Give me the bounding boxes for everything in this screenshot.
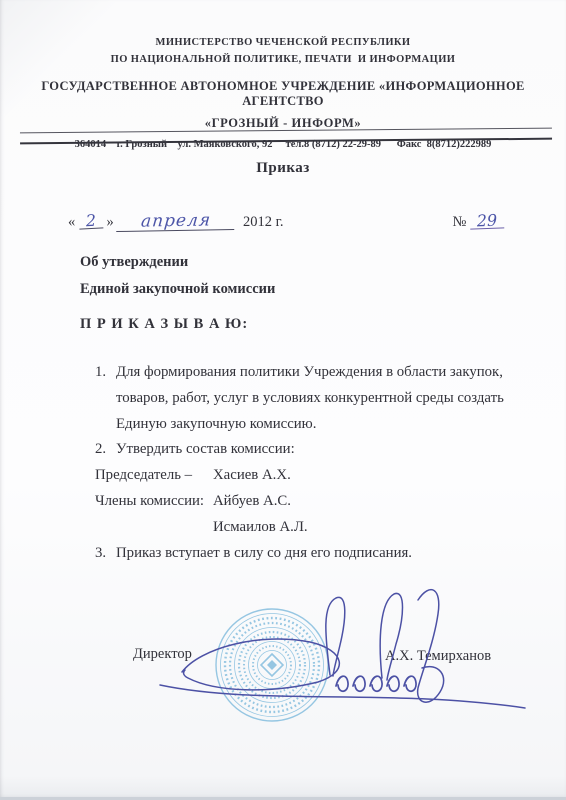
handwritten-day: 2 xyxy=(78,212,103,229)
item-number: 1. xyxy=(95,360,116,437)
organization-name-line-1: ГОСУДАРСТВЕННОЕ АВТОНОМНОЕ УЧРЕЖДЕНИЕ «И… xyxy=(0,79,566,109)
subject-line-2: Единой закупочной комиссии xyxy=(80,276,275,303)
list-item: 1. Для формирования политики Учреждения … xyxy=(95,360,540,437)
item-number: 3. xyxy=(95,541,116,567)
list-item: 2. Утвердить состав комиссии: xyxy=(95,437,540,463)
date-open-quote: « xyxy=(68,214,75,230)
ministry-line-2: ПО НАЦИОНАЛЬНОЙ ПОЛИТИКЕ, ПЕЧАТИ И ИНФОР… xyxy=(0,51,566,68)
item-text: Приказ вступает в силу со дня его подпис… xyxy=(116,541,540,567)
commission-row: Члены комиссии: Айбуев А.С. xyxy=(95,489,540,515)
subject-line-1: Об утверждении xyxy=(80,249,275,276)
director-signature-scrawl xyxy=(140,580,540,745)
subject-block: Об утверждении Единой закупочной комисси… xyxy=(80,249,275,303)
commission-name: Айбуев А.С. xyxy=(213,489,291,515)
commission-name: Хасиев А.Х. xyxy=(213,463,291,489)
commission-row: Председатель – Хасиев А.Х. xyxy=(95,463,540,489)
ministry-line-1: МИНИСТЕРСТВО ЧЕЧЕНСКОЙ РЕСПУБЛИКИ xyxy=(0,34,566,51)
document-title: Приказ xyxy=(0,160,566,177)
order-keyword: П Р И К А З Ы В А Ю: xyxy=(80,316,248,333)
commission-row: Исмаилов А.Л. xyxy=(95,515,540,541)
item-text: Утвердить состав комиссии: xyxy=(116,437,540,463)
item-text: Для формирования политики Учреждения в о… xyxy=(116,360,540,437)
handwritten-order-number: 29 xyxy=(470,212,505,229)
order-number-field: № 29 xyxy=(453,213,504,231)
order-body: 1. Для формирования политики Учреждения … xyxy=(95,360,540,566)
date-number-row: « 2 » апреля 2012 г. № 29 xyxy=(68,213,504,231)
handwritten-month: апреля xyxy=(117,212,237,232)
number-sign: № xyxy=(453,214,467,230)
commission-name: Исмаилов А.Л. xyxy=(213,515,308,541)
commission-role xyxy=(95,515,213,541)
list-item: 3. Приказ вступает в силу со дня его под… xyxy=(95,541,540,567)
scanned-order-document: МИНИСТЕРСТВО ЧЕЧЕНСКОЙ РЕСПУБЛИКИ ПО НАЦ… xyxy=(0,0,566,800)
commission-role: Председатель – xyxy=(95,463,213,489)
date-year: 2012 г. xyxy=(243,214,284,230)
date-close-quote: » xyxy=(107,214,114,230)
item-number: 2. xyxy=(95,437,116,463)
date-field: « 2 » апреля 2012 г. xyxy=(68,213,284,231)
commission-role: Члены комиссии: xyxy=(95,489,213,515)
